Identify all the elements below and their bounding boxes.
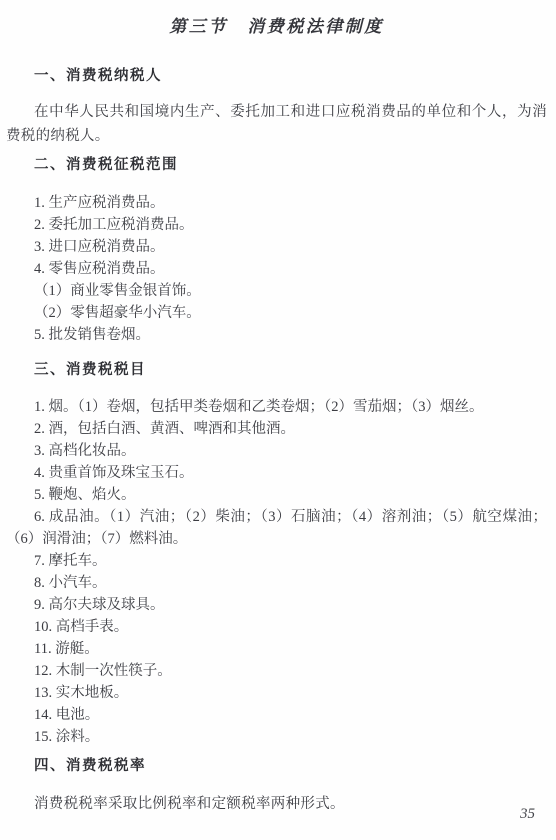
list-item: 7. 摩托车。 xyxy=(6,550,547,572)
paragraph: 在中华人民共和国境内生产、委托加工和进口应税消费品的单位和个人，为消费税的纳税人… xyxy=(6,100,547,148)
list-item: 11. 游艇。 xyxy=(6,638,547,660)
section-heading: 一、消费税纳税人 xyxy=(34,68,547,85)
list-item: 1. 生产应税消费品。 xyxy=(6,192,547,214)
page-title: 第三节 消费税法律制度 xyxy=(6,14,547,40)
list-item: 6. 成品油。（1）汽油；（2）柴油；（3）石脑油；（4）溶剂油；（5）航空煤油… xyxy=(6,506,547,550)
list-item: 13. 实木地板。 xyxy=(6,682,547,704)
section-tax-rate: 四、消费税税率 消费税税率采取比例税率和定额税率两种形式。 xyxy=(6,758,547,816)
item-list: 1. 烟。（1）卷烟，包括甲类卷烟和乙类卷烟；（2）雪茄烟；（3）烟丝。 2. … xyxy=(6,396,547,748)
list-item: 5. 鞭炮、焰火。 xyxy=(6,484,547,506)
list-item: 2. 酒，包括白酒、黄酒、啤酒和其他酒。 xyxy=(6,418,547,440)
list-item: 4. 贵重首饰及珠宝玉石。 xyxy=(6,462,547,484)
document-page: 第三节 消费税法律制度 一、消费税纳税人 在中华人民共和国境内生产、委托加工和进… xyxy=(0,0,556,840)
list-item: 10. 高档手表。 xyxy=(6,616,547,638)
list-item: 1. 烟。（1）卷烟，包括甲类卷烟和乙类卷烟；（2）雪茄烟；（3）烟丝。 xyxy=(6,396,547,418)
list-item: 5. 批发销售卷烟。 xyxy=(6,324,547,346)
paragraph: 消费税税率采取比例税率和定额税率两种形式。 xyxy=(6,792,547,816)
section-heading: 二、消费税征税范围 xyxy=(34,157,547,174)
list-item: 8. 小汽车。 xyxy=(6,572,547,594)
section-consumption-tax-payer: 一、消费税纳税人 在中华人民共和国境内生产、委托加工和进口应税消费品的单位和个人… xyxy=(6,68,547,148)
section-heading: 三、消费税税目 xyxy=(34,362,547,379)
list-item: 12. 木制一次性筷子。 xyxy=(6,660,547,682)
list-item: （2）零售超豪华小汽车。 xyxy=(6,302,547,324)
section-tax-items: 三、消费税税目 1. 烟。（1）卷烟，包括甲类卷烟和乙类卷烟；（2）雪茄烟；（3… xyxy=(6,362,547,748)
section-taxation-scope: 二、消费税征税范围 1. 生产应税消费品。 2. 委托加工应税消费品。 3. 进… xyxy=(6,157,547,346)
list-item: 2. 委托加工应税消费品。 xyxy=(6,214,547,236)
item-list: 1. 生产应税消费品。 2. 委托加工应税消费品。 3. 进口应税消费品。 4.… xyxy=(6,192,547,346)
list-item: 3. 进口应税消费品。 xyxy=(6,236,547,258)
list-item: 4. 零售应税消费品。 xyxy=(6,258,547,280)
section-heading: 四、消费税税率 xyxy=(34,758,547,775)
page-number: 35 xyxy=(520,806,535,823)
list-item: 15. 涂料。 xyxy=(6,726,547,748)
list-item: 3. 高档化妆品。 xyxy=(6,440,547,462)
list-item: 14. 电池。 xyxy=(6,704,547,726)
list-item: 9. 高尔夫球及球具。 xyxy=(6,594,547,616)
list-item: （1）商业零售金银首饰。 xyxy=(6,280,547,302)
